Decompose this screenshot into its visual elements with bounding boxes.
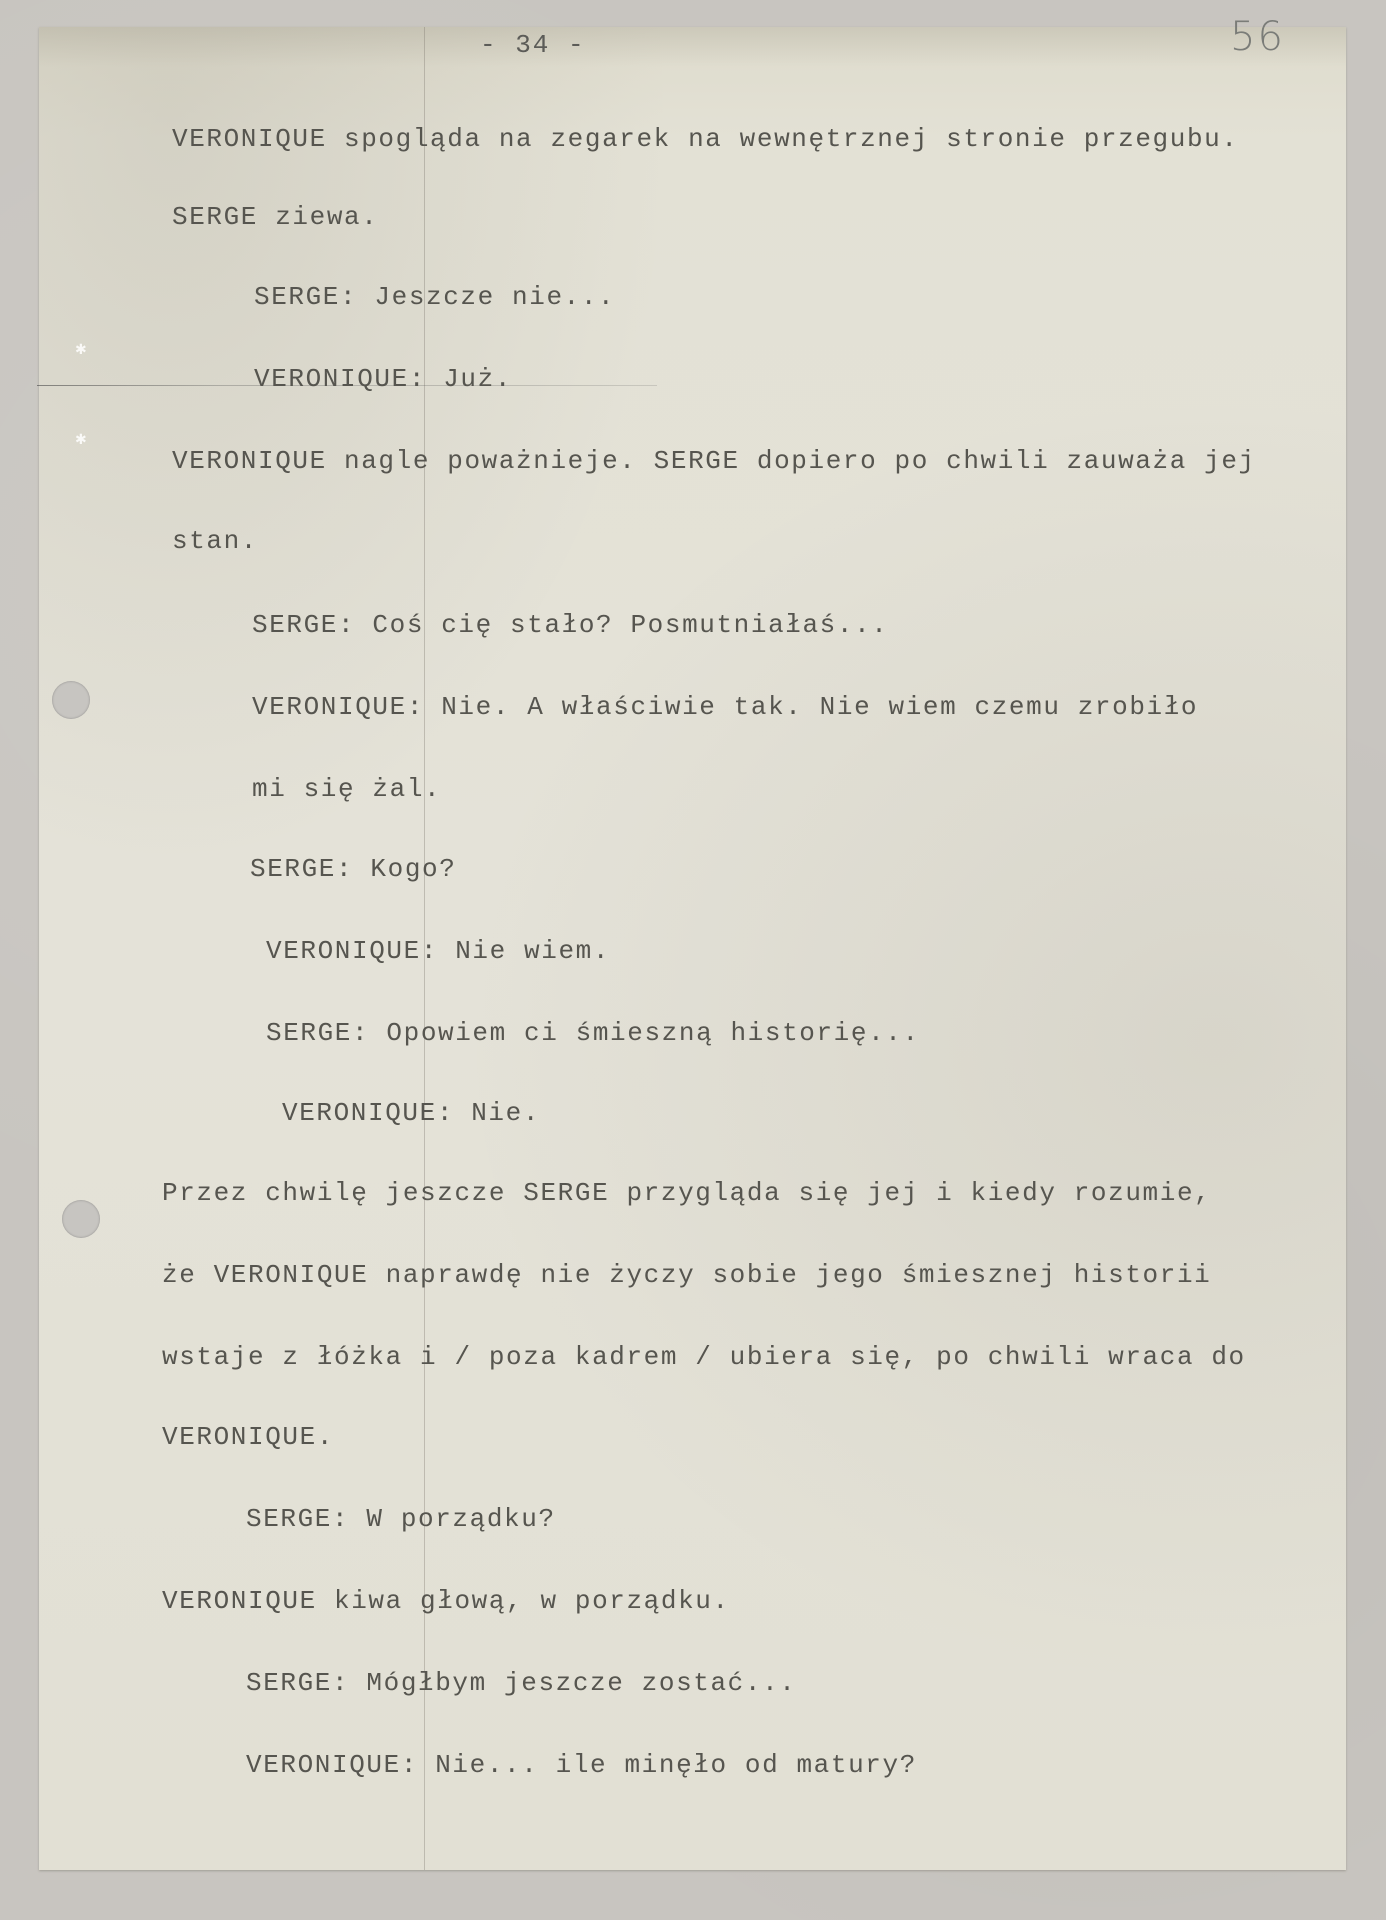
script-line-dialogue: VERONIQUE: Nie... ile minęło od matury? bbox=[246, 1752, 917, 1778]
script-line-action: stan. bbox=[172, 528, 258, 554]
script-line-dialogue: SERGE: Mógłbym jeszcze zostać... bbox=[246, 1670, 796, 1696]
script-line-dialogue: VERONIQUE: Nie. bbox=[282, 1100, 540, 1126]
script-line-action: wstaje z łóżka i / poza kadrem / ubiera … bbox=[162, 1344, 1246, 1370]
script-line-dialogue: SERGE: Jeszcze nie... bbox=[254, 284, 615, 310]
script-line-action: VERONIQUE nagle poważnieje. SERGE dopier… bbox=[172, 448, 1256, 474]
script-line-dialogue: VERONIQUE: Już. bbox=[254, 366, 512, 392]
script-line-dialogue: VERONIQUE: Nie wiem. bbox=[266, 938, 610, 964]
script-line-action: Przez chwilę jeszcze SERGE przygląda się… bbox=[162, 1180, 1211, 1206]
script-line-dialogue: SERGE: Coś cię stało? Posmutniałaś... bbox=[252, 612, 889, 638]
script-line-action: VERONIQUE. bbox=[162, 1424, 334, 1450]
punch-hole-top bbox=[52, 681, 90, 719]
script-line-dialogue: SERGE: W porządku? bbox=[246, 1506, 556, 1532]
script-line-action: VERONIQUE kiwa głową, w porządku. bbox=[162, 1588, 730, 1614]
punch-hole-bottom bbox=[62, 1200, 100, 1238]
script-line-dialogue: VERONIQUE: Nie. A właściwie tak. Nie wie… bbox=[252, 694, 1198, 720]
script-line-dialogue: SERGE: Kogo? bbox=[250, 856, 456, 882]
script-line-dialogue: mi się żal. bbox=[252, 776, 441, 802]
page-number: - 34 - bbox=[480, 30, 586, 60]
stain-mark: ✱ bbox=[75, 432, 87, 448]
stain-mark: ✱ bbox=[75, 342, 87, 358]
script-line-dialogue: SERGE: Opowiem ci śmieszną historię... bbox=[266, 1020, 920, 1046]
archive-number: 56 bbox=[1230, 14, 1285, 60]
script-line-action: że VERONIQUE naprawdę nie życzy sobie je… bbox=[162, 1262, 1211, 1288]
script-line-action: VERONIQUE spogląda na zegarek na wewnętr… bbox=[172, 126, 1239, 152]
paper-discoloration bbox=[39, 27, 1346, 67]
script-line-action: SERGE ziewa. bbox=[172, 204, 378, 230]
